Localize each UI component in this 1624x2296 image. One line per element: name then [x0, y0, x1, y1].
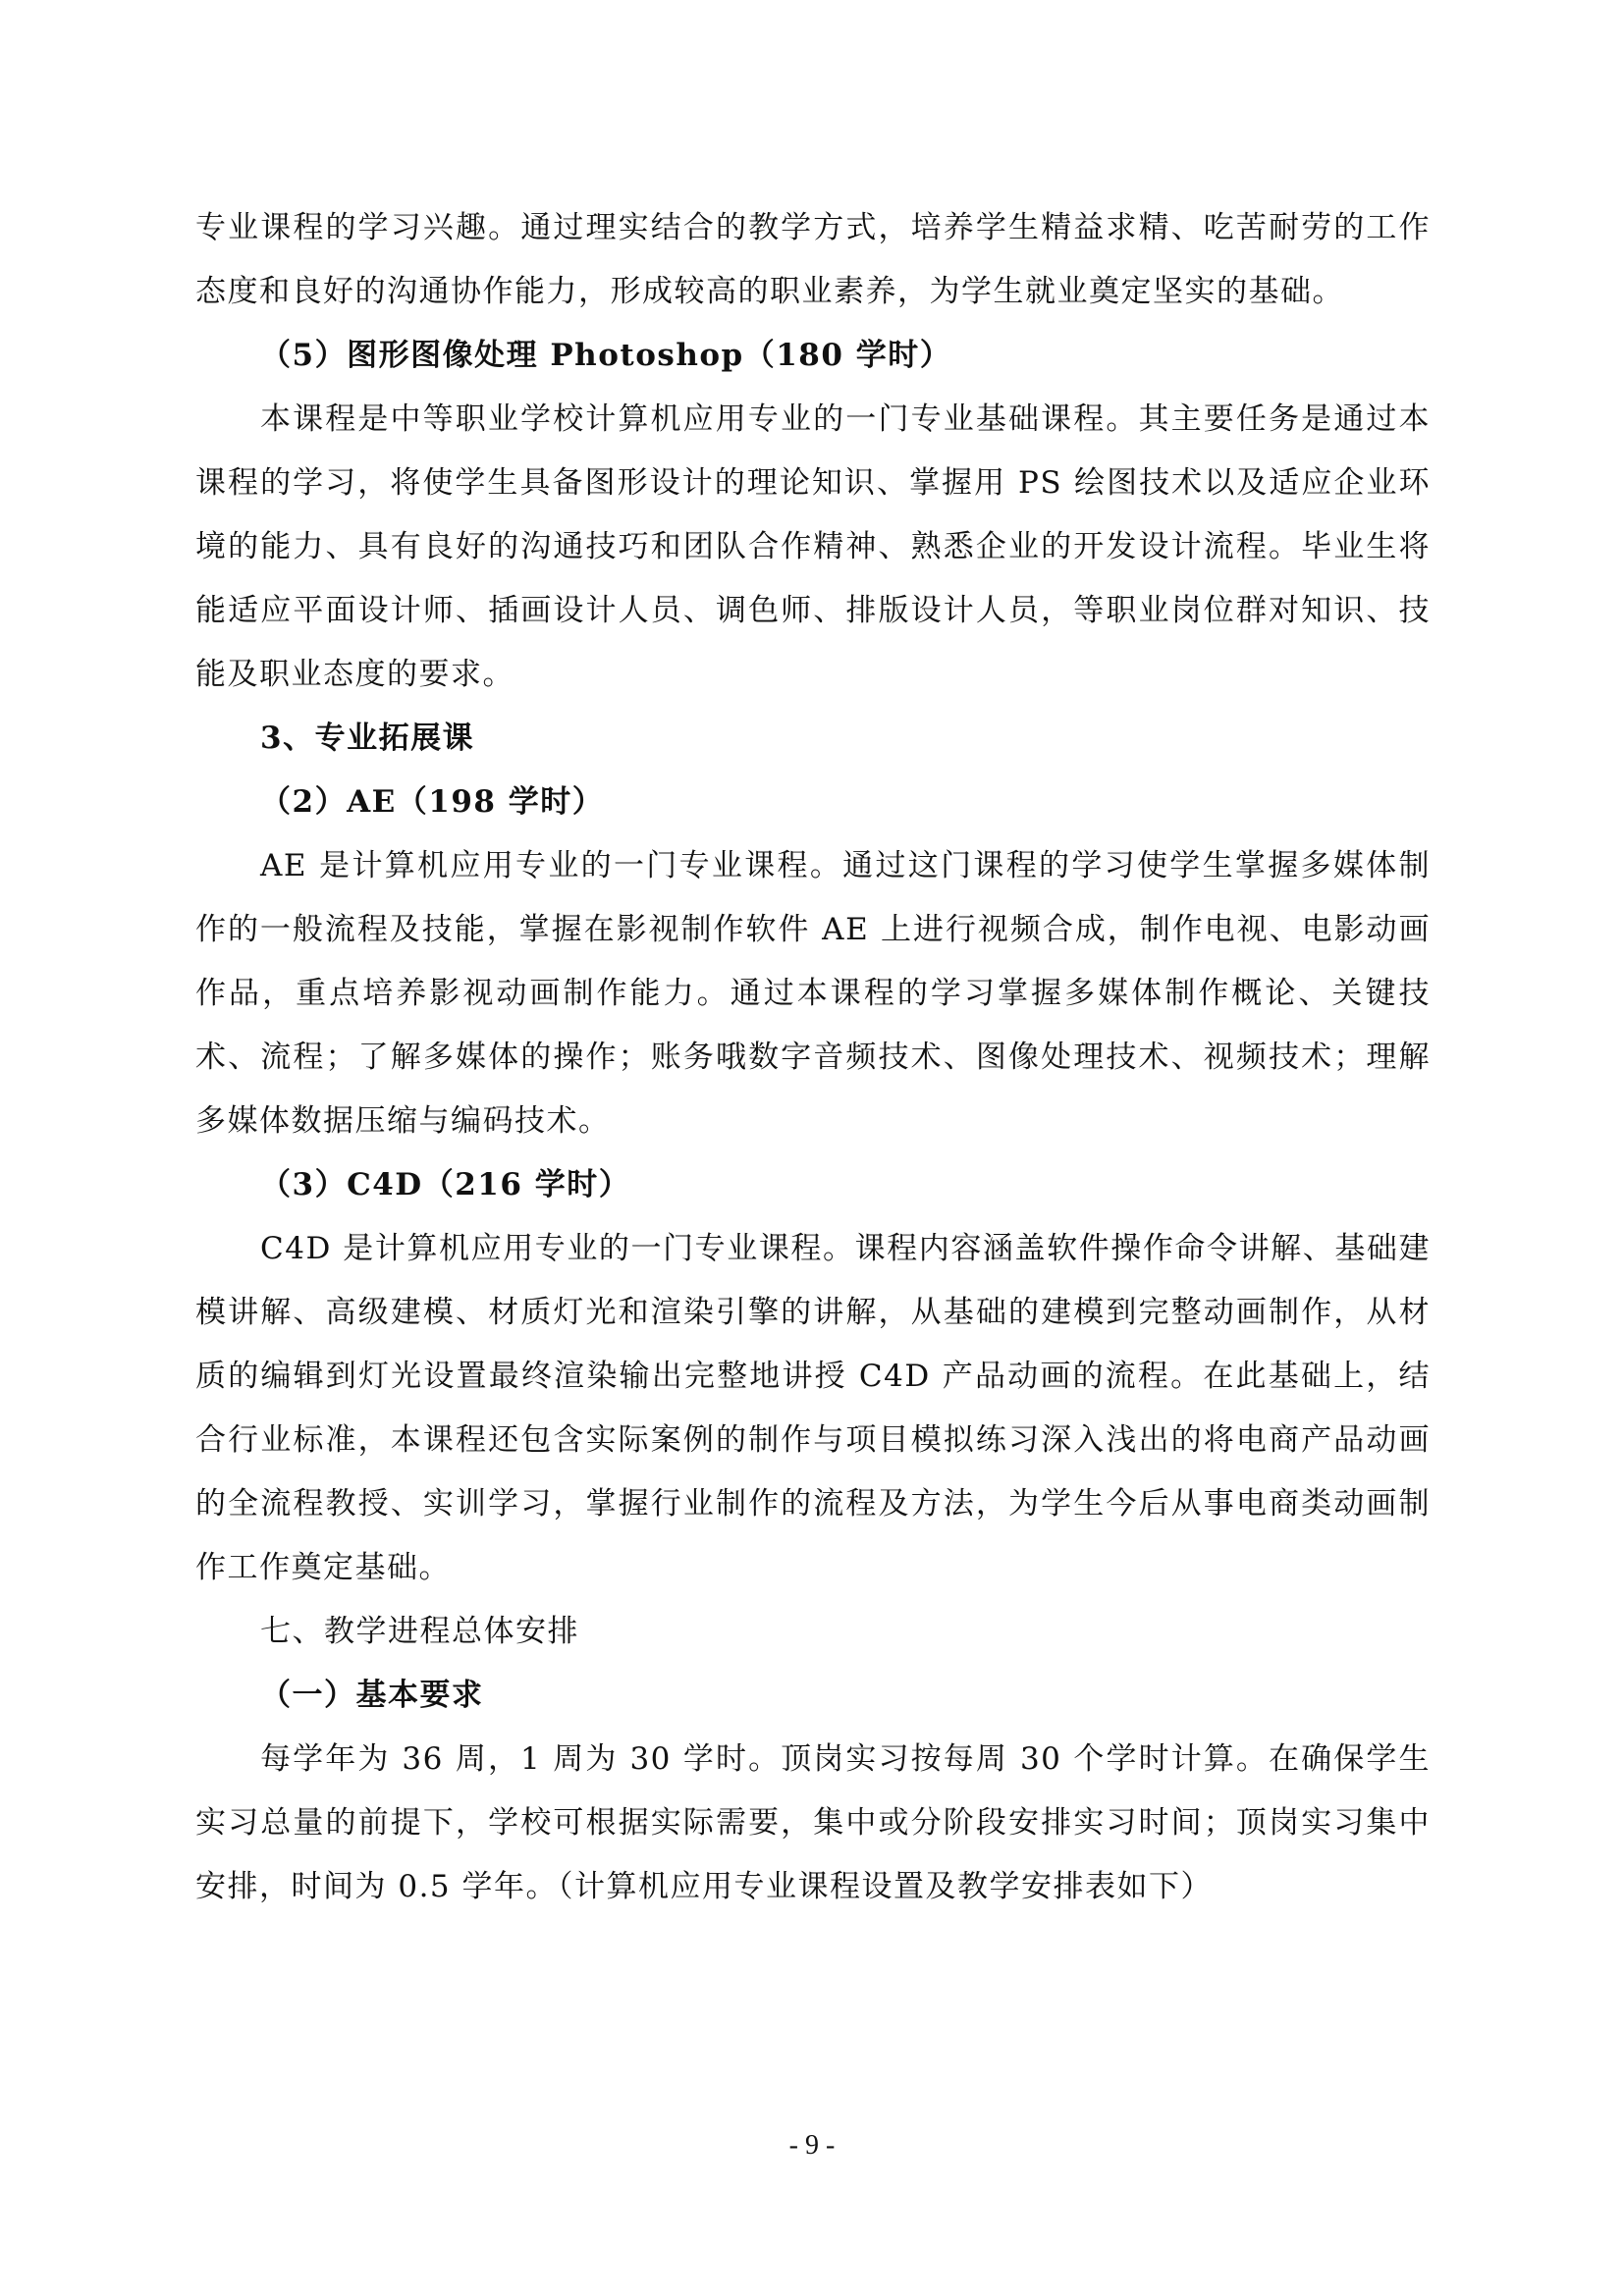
heading-ae-course: （2）AE（198 学时）: [195, 771, 1431, 834]
heading-basic-requirements: （一）基本要求: [195, 1664, 1431, 1728]
paragraph-photoshop-description: 本课程是中等职业学校计算机应用专业的一门专业基础课程。其主要任务是通过本课程的学…: [195, 388, 1431, 707]
heading-photoshop-course: （5）图形图像处理 Photoshop（180 学时）: [195, 324, 1431, 388]
heading-teaching-schedule: 七、教学进程总体安排: [195, 1600, 1431, 1664]
paragraph-basic-requirements: 每学年为 36 周，1 周为 30 学时。顶岗实习按每周 30 个学时计算。在确…: [195, 1728, 1431, 1919]
document-page: 专业课程的学习兴趣。通过理实结合的教学方式，培养学生精益求精、吃苦耐劳的工作态度…: [195, 196, 1431, 1919]
heading-extension-courses: 3、专业拓展课: [195, 707, 1431, 771]
page-number: - 9 -: [0, 2130, 1624, 2162]
paragraph-ae-description: AE 是计算机应用专业的一门专业课程。通过这门课程的学习使学生掌握多媒体制作的一…: [195, 834, 1431, 1153]
heading-c4d-course: （3）C4D（216 学时）: [195, 1153, 1431, 1217]
paragraph-continuation: 专业课程的学习兴趣。通过理实结合的教学方式，培养学生精益求精、吃苦耐劳的工作态度…: [195, 196, 1431, 324]
paragraph-c4d-description: C4D 是计算机应用专业的一门专业课程。课程内容涵盖软件操作命令讲解、基础建模讲…: [195, 1217, 1431, 1600]
